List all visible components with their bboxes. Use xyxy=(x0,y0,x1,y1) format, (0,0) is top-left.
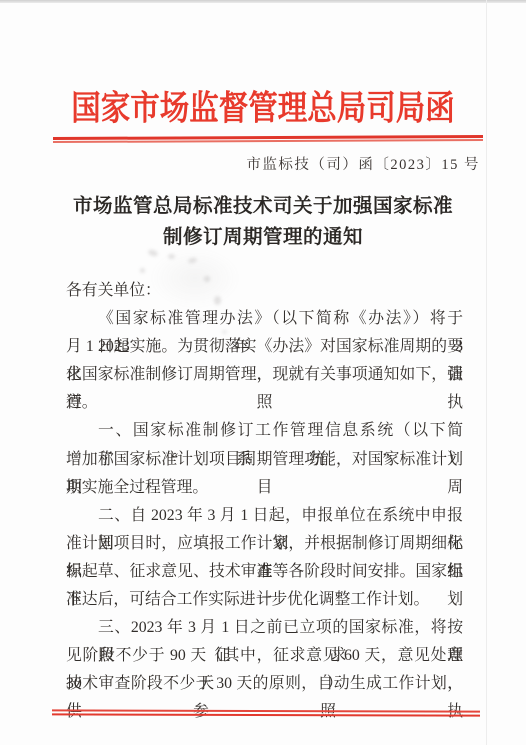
paragraph-1-line: 《国家标准管理办法》（以下简称《办法》）将于 2023 年 3 xyxy=(66,305,463,333)
paragraph-2-line: 增加了国家标准计划项目周期管理功能，对国家标准计划项目周 xyxy=(66,446,463,474)
letterhead-title: 国家市场监督管理总局司局函 xyxy=(0,81,526,130)
paragraph-3-line: 准计划项目时，应填报工作计划，并根据制修订周期细化标准组 xyxy=(66,530,463,558)
scanned-document-page: 国家市场监督管理总局司局函 市监标技（司）函〔2023〕15 号 市场监管总局标… xyxy=(0,0,526,745)
paragraph-4-line: 三、2023 年 3 月 1 日之前已立项的国家标准，将按照征求意 xyxy=(66,614,463,642)
scan-smudge xyxy=(168,254,175,259)
document-title-line1: 市场监管总局标准技术司关于加强国家标准 xyxy=(0,192,526,223)
paragraph-4-line: 见阶段不少于 90 天（其中，征求意见 60 天，意见处理 30 天）， xyxy=(66,642,463,670)
paragraph-4-line: 技术审查阶段不少于 30 天的原则，自动生成工作计划，供参照执 xyxy=(66,670,463,698)
salutation: 各有关单位： xyxy=(66,277,463,305)
document-body: 各有关单位： 《国家标准管理办法》（以下简称《办法》）将于 2023 年 3 月… xyxy=(66,277,463,698)
letterhead-divider-line xyxy=(53,135,483,143)
paragraph-1-line: 月 1 日起实施。为贯彻落实《办法》对国家标准周期的要求，强 xyxy=(66,333,463,361)
scan-edge-top xyxy=(0,0,526,3)
document-reference-number: 市监标技（司）函〔2023〕15 号 xyxy=(246,153,480,174)
paragraph-2-line: 一、国家标准制修订工作管理信息系统（以下简称“系统”） xyxy=(66,417,463,445)
paragraph-3-line: 下达后，可结合工作实际进一步优化调整工作计划。 xyxy=(66,586,463,614)
paragraph-1-line: 化国家标准制修订周期管理，现就有关事项通知如下，请遵照执 xyxy=(66,361,463,389)
document-title: 市场监管总局标准技术司关于加强国家标准 制修订周期管理的通知 xyxy=(0,192,526,253)
paragraph-3-line: 织起草、征求意见、技术审查等各阶段时间安排。国家标准计划 xyxy=(66,558,463,586)
paragraph-3-line: 二、自 2023 年 3 月 1 日起，申报单位在系统中申报国家标 xyxy=(66,502,463,530)
scan-smudge xyxy=(140,268,145,273)
document-title-line2: 制修订周期管理的通知 xyxy=(0,223,526,254)
